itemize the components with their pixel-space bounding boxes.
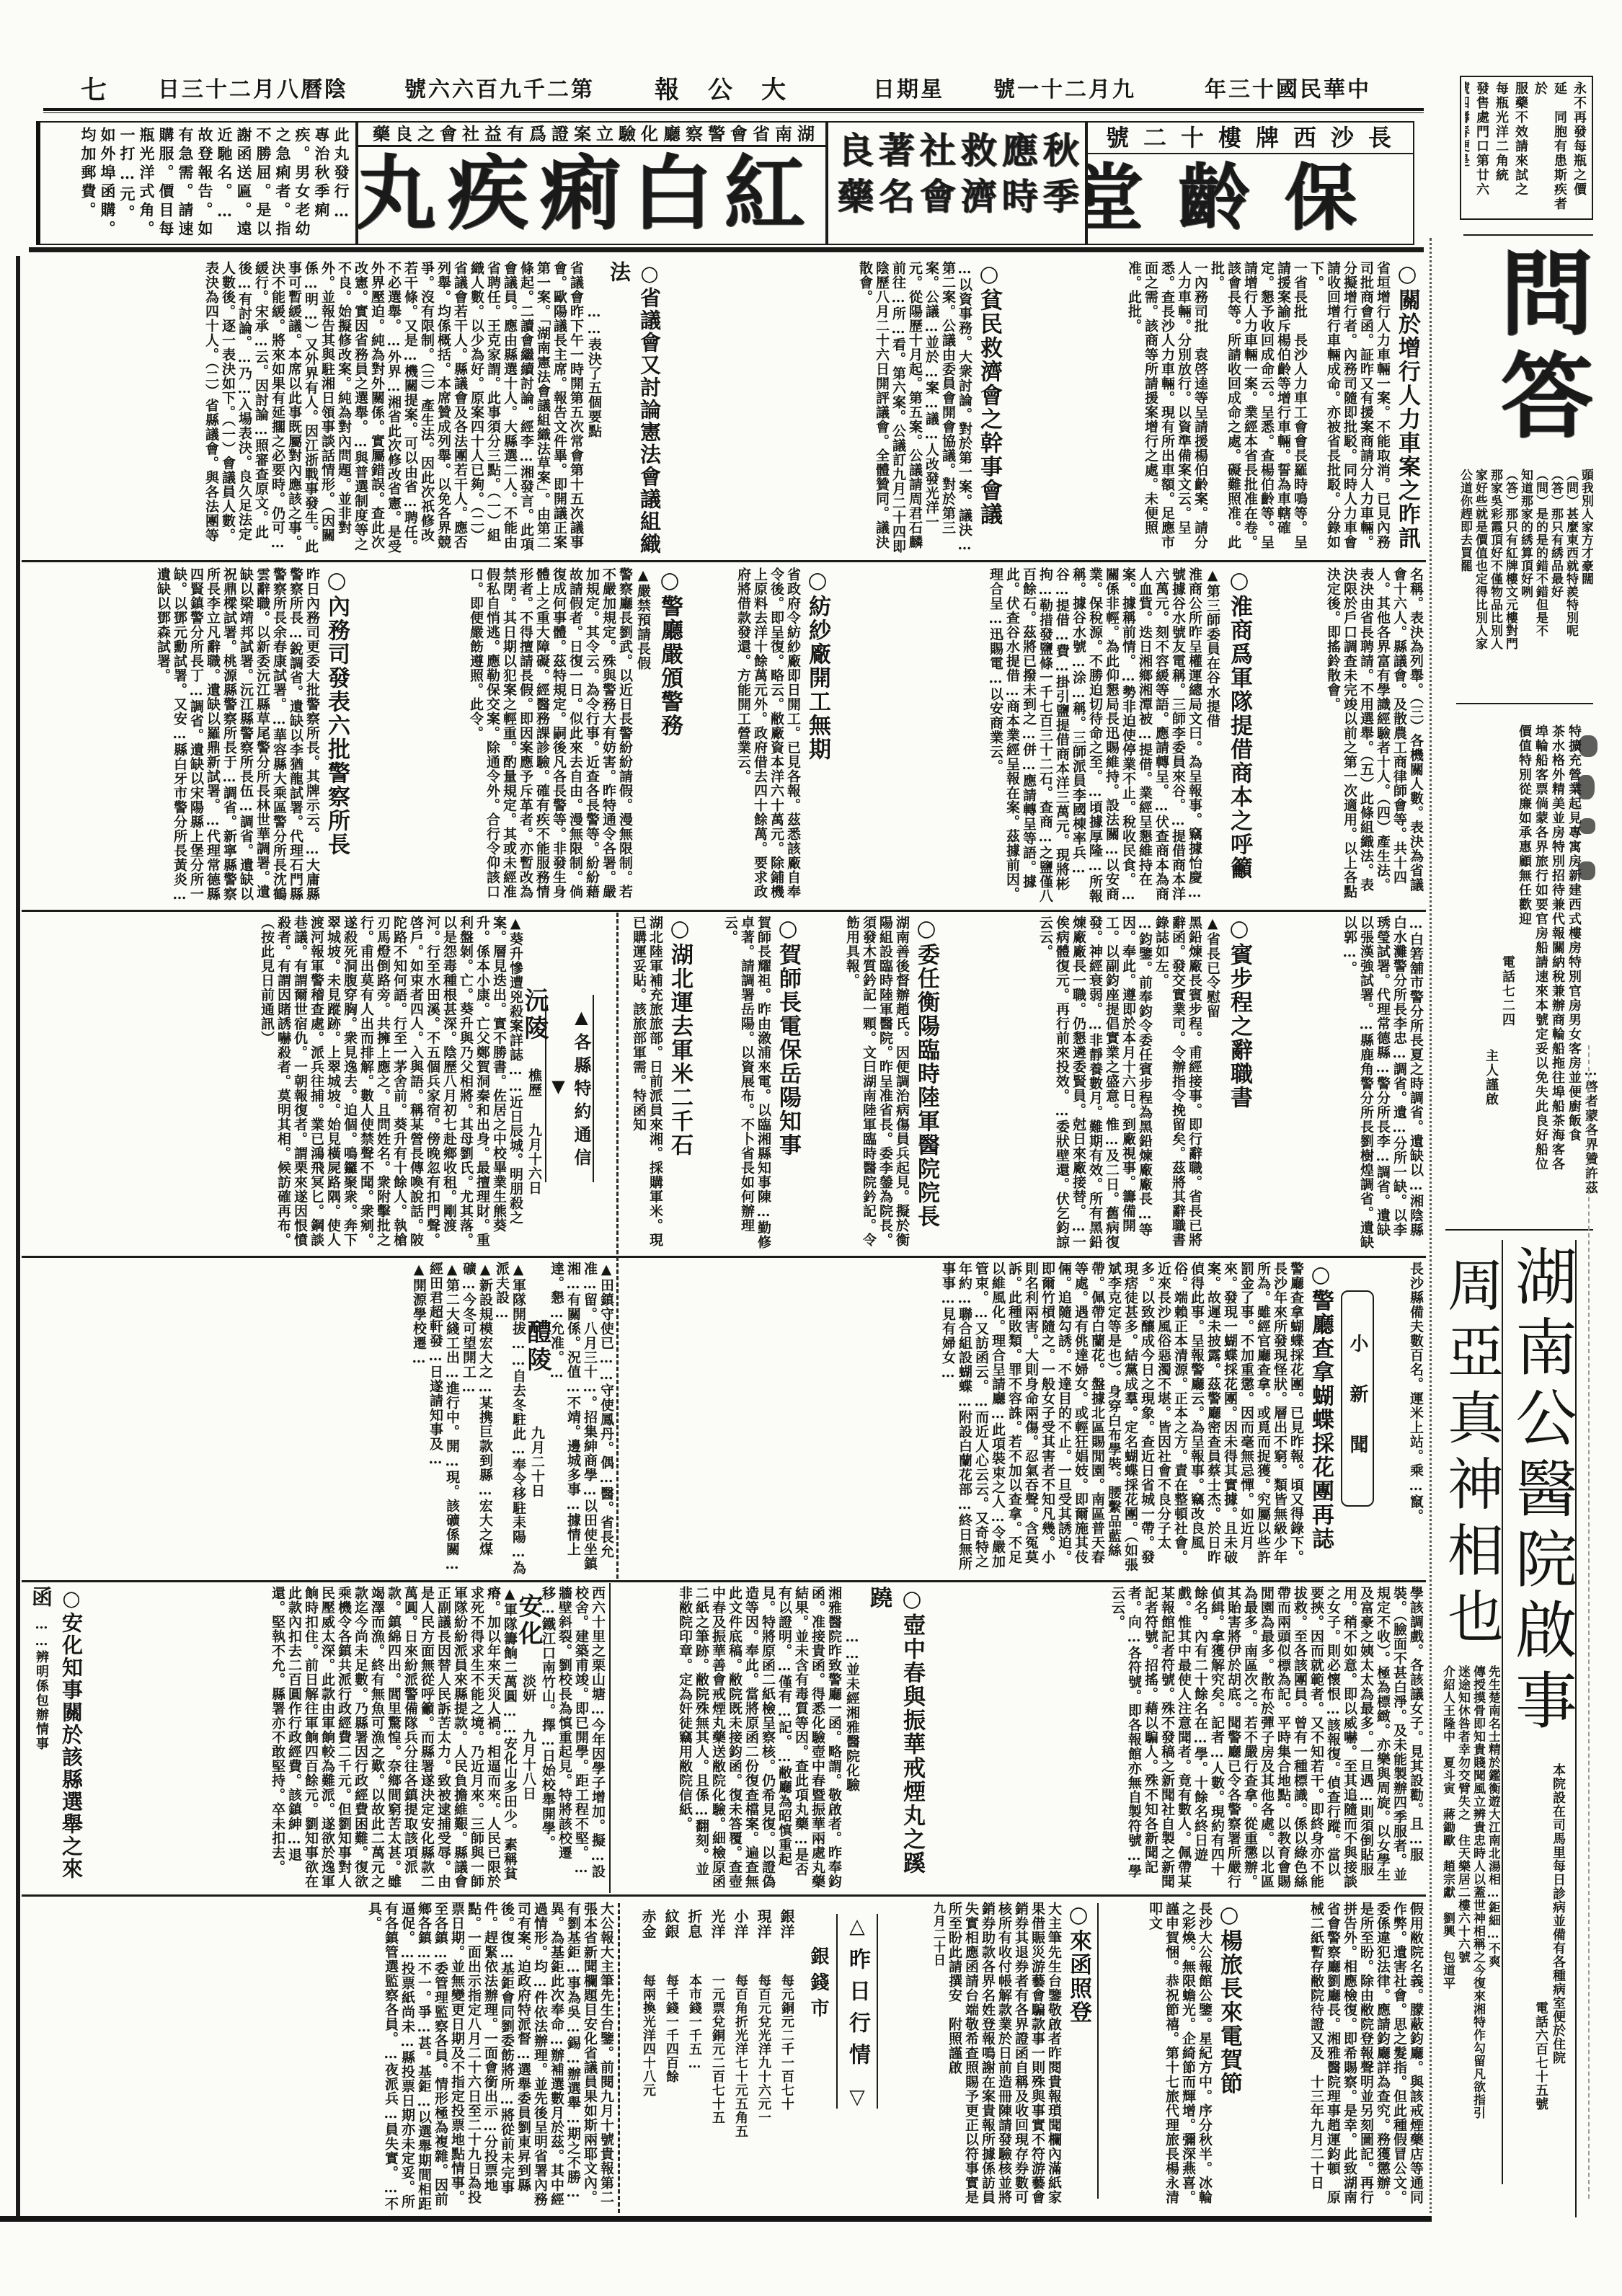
dateline-liling: 醴陵九月二十日 (526, 1262, 548, 1575)
headline: ○淮商爲軍隊提借商本之呼籲 (1223, 567, 1256, 905)
market-row: 折息本市錢一千五… (683, 1909, 706, 2213)
masthead-issue-number: 第二千九百六六號 (404, 76, 595, 104)
dysentery-pill-title: 紅白痢疾丸 (358, 147, 825, 241)
county-dispatches-yuanling: ▲各縣特約通信▼ 沅陵樵歷九月十六日 ▲葵升慘遭兇殺案詳誌……近日辰城。明朋殺之… (23, 916, 614, 1251)
page-bottom-rule (0, 2216, 1432, 2222)
sidebar-rule (1445, 1229, 1593, 1231)
county-dispatches-yuanling-liling: ▲田鎮守使已……守使鳳丹。偶…醫。省長允准…留。八月三十…。招集紳商學…以田使坐… (23, 1262, 614, 1575)
paragraph: 賀師長耀祖。昨由漵浦來電。以臨湘縣知事陳…勤修卓著。請調署岳陽。以資展布。不卜省… (722, 916, 771, 1251)
subheadline: ……表決了五個要點 (584, 261, 604, 555)
headline: ○湖北運去軍米二千石 (663, 916, 696, 1251)
hotel-ad-line: 價值特別從廉如承惠顧無任歡迎 (1516, 724, 1533, 1222)
headline: ○賀師長電保岳陽知事 (771, 916, 805, 1251)
subheadline: ……並未經湘雅醫院化驗 (842, 1586, 862, 1890)
qa-line: 公道你趕即去買罷 (1457, 469, 1472, 692)
sidebar-rule (1463, 234, 1593, 236)
article-hengyang-hospital: ○委任衡陽臨時陸軍醫院院長 湖南善後督辦趙氏。因便調治病傷員兵起見。擬於衡陽組設… (806, 916, 943, 1251)
dispatch-item: ▲第二大綫工出…進行中。開…現。該礦係關…經田君超軒發…日遂請知事及… (427, 1262, 460, 1575)
article-provincial-assembly: ○省議會又討論憲法會議組織法 ……表決了五個要點 省議會昨下午一時開第五次常會第… (23, 261, 665, 555)
paragraph: …鈞鑒。前奉鈞令委任賓步程為黑鉛煉廠廠長…等因。奉此。遵即於本月十六日。到廠視事… (1037, 916, 1153, 1251)
hospital-notice-body: 本院設在司馬里每日診病並備有各種病室便於住院 (1549, 1763, 1566, 2131)
hospital-notice-text: 本院設在司馬里每日診病並備有各種病室便於住院 電話六百七十五號 (1509, 1763, 1566, 2131)
dateline-author: 樵歷 (526, 1068, 542, 1097)
article-huai-merchants: ○淮商爲軍隊提借商本之呼籲 ▲第三師委員在谷水提借 淮商公所昨呈權運總局文曰。為… (836, 567, 1256, 905)
band-rule-a (22, 560, 1426, 562)
fortune-teller-text: 先生楚南名士精於鑑衡遊大江南北湯相…鉅細…不爽 傳授摸骨即知貴賤聞風立辨貴忠時人… (1438, 1665, 1500, 2184)
hospital-and-fortune-ad: 湖南公醫院啟事 本院設在司馬里每日診病並備有各種病室便於住院 電話六百七十五號 … (1438, 1240, 1577, 2217)
fortune-teller-line: 傳授摸骨即知貴賤聞風立辨貴忠時人以蓋世神相稱之今復來湘特作勾留凡欲指引 (1470, 1665, 1485, 2184)
qa-line: （問）甚麼東西就特羨特別呢 (1563, 469, 1578, 692)
paragraph: 淮商公所昨呈權運總局文曰。為呈報事。竊據怡慶…號據谷水號友電稱。三師李委員來谷。… (987, 567, 1202, 905)
paragraph: 警察廳長劉武。以近日長警紛紛請假。漫無限制。若不嚴加規定。殊與警務大有妨害。昨特… (467, 567, 633, 905)
paragraph: 長沙縣備夫數百名。運米上站。乘…竄。 (1407, 1262, 1424, 1575)
wavy-column-rule-e2 (618, 1903, 620, 2213)
market-label: 赤金 (639, 1909, 657, 1939)
baoling-tang-name: 保齡堂 (1088, 154, 1413, 241)
dispatch-item-title: ▲葵升慘遭兇殺案詳誌 (508, 916, 523, 1062)
article-provincial-assembly-continued: 名稱。表決為列舉。（三）各機關人數。表決為省議會十六人。縣議會。及散農工商律師會… (1258, 567, 1424, 905)
market-row: 紋銀每千錢一千四百餘 (660, 1909, 683, 2213)
paragraph: 省議會昨下午一時開第五次常會第十五次議事會。歐陽議長主席。報告文件畢。即開議正案… (203, 261, 584, 555)
seasonal-remedy-ad: 秋季應時救濟社會著名良藥 (827, 121, 1086, 245)
masthead-date: 九月二十一號 (988, 76, 1136, 104)
newspaper-page: 中華民國十三年 九月二十一號 星期日 大公報 第二千九百六六號 陰曆八月二十三日… (0, 0, 1622, 2296)
dispatch-item: ▲新設規模宏大之…某携巨款到縣…宏大之煤礦…今冬可望開工… (460, 1262, 493, 1575)
dateline-author: 淡妍 (520, 1674, 536, 1703)
county-dispatches-label-box: ▲各縣特約通信▼ (545, 995, 594, 1182)
qa-text: 頭我別人家方才豪闊 （問）甚麼東西就特羨特別呢 （答）那只有綉品最好 （問）是的… (1456, 469, 1593, 692)
paragraph: 湘雅醫院昨致警廳一函。略謂。敬啟者。昨奉鈞函。准接貴函。得悉化驗壺中春暨振華兩處… (676, 1586, 842, 1890)
qa-line: （問）是的是的錯不錯但是不 (1533, 469, 1548, 692)
headline: ○賓步程之辭職書 (1223, 916, 1256, 1251)
dispatch-item: 西六十里之栗山塘…今年因學子增加。擬…設校舍。建築甫竣。即已開學。距工程不堅。…… (539, 1586, 606, 1890)
market-box: △ 昨日行情 ▽ (836, 1914, 878, 2109)
pill-notice-text: 此丸發行…專治秋季痢疾。男女老幼之急痢者。指不勝屈。是以謝函送匾。遠近馳名。…故… (43, 127, 351, 241)
fortune-teller-line: 介紹人王隆中 夏斗寅 蔣鋤歐 趙宗獻 劉興 包道平 (1440, 1665, 1455, 2184)
market-value: 每元銅元二千一百七十 (779, 1974, 794, 2111)
fortune-teller-line: 先生楚南名士精於鑑衡遊大江南北湯相…鉅細…不爽 (1485, 1665, 1500, 2184)
cure-notice-text: 永不再發每瓶之價 延 同胞有患斯疾者於 服藥不效請來試之 每瓶光洋二角統 發售處… (1465, 81, 1589, 216)
market-box-label: 昨日行情 (841, 1948, 873, 2075)
hotel-ad-line: 特擴充營業起見專寓房新建西式樓房特別官房男女客房並便廚飯食 (1566, 724, 1582, 1222)
subheadline: ▲第三師委員在谷水提借 (1202, 567, 1223, 905)
column-rule-e1 (609, 1583, 611, 1893)
qa-line: （答）那只有紅牌樓文元樓對門 (1502, 469, 1517, 692)
dateline-date: 九月十六日 (526, 1123, 542, 1195)
market-label: 銀洋 (778, 1909, 795, 1939)
paragraph: 一省長批 長沙人力車工會會長羅時鳴等。呈請援案諭斥楊伯齡等增行車輛。誓為車轄確定… (1208, 261, 1308, 555)
baoling-tang-ad: 長沙西牌樓十二號 保齡堂 (1086, 121, 1414, 245)
hotel-ad-signature: 主人謹啟 (1476, 724, 1499, 1222)
qa-line: 知道那家的綉算頂好咧 (1517, 469, 1533, 692)
page-edge-mark (1588, 1045, 1590, 2199)
article-opium-pills: ○壺中春與振華戒煙丸之蹊蹺 ……並未經湘雅醫院化驗 湘雅醫院昨致警廳一函。略謂。… (613, 1586, 929, 1890)
headline: ○安化知事關於該縣選舉之來函……辨明係包辦情事 (26, 1586, 87, 1890)
market-value: 一元票兌銅元二百七十五 (710, 1974, 725, 2124)
article-anhua-magistrate-body: 大公報大主筆先生台鑒。前閱九月十號貴報第二張本省新聞欄題目安化省議員果如斯兩耶文… (23, 1902, 614, 2213)
article-rickshaw: ○關於增行人力車案之昨訊 省垣增行人力車輛一案。不能取消。已見內務司批商會函。証… (1009, 261, 1424, 555)
headline: ○委任衡陽臨時陸軍醫院院長 (910, 916, 943, 1251)
article-police-chiefs-continued: …白箬舖市警分所長夏之時調省。遺缺以…湘陰縣白水灘警分所長李忠…調省。遺…分所一… (1258, 916, 1424, 1251)
paragraph: 名稱。表決為列舉。（三）各機關人數。表決為省議會十六人。縣議會。及散農工商律師會… (1324, 567, 1424, 905)
small-news-box: 小新聞 (1341, 1290, 1374, 1507)
masthead-page-number: 七 (81, 76, 109, 104)
dispatch-item: ▲葵升慘遭兇殺案詳誌……近日辰城。明朋殺之案。層見迭出。實不勝書。佐居之中校畢業… (258, 916, 523, 1251)
paragraph: 湖北陸軍補充旅旅部。日前派員來湘。採購軍米。現已購運妥貼。該旅部軍需。特函知 (630, 916, 663, 1251)
county-dispatches-anhua: 西六十里之栗山塘…今年因學子增加。擬…設校舍。建築甫竣。即已開學。距工程不堅。…… (88, 1586, 606, 1890)
dateline-place: 沅陵 (520, 988, 549, 1042)
article-hubei-rice-continued: 長沙縣備夫數百名。運米上站。乘…竄。 (1378, 1262, 1424, 1575)
left-page-border (16, 256, 20, 2218)
masthead-weekday: 星期日 (869, 76, 944, 104)
dispatch-item-title: ▲軍隊籌餉二萬圓 (502, 1586, 518, 1703)
dateline-anhua: 安化淡妍九月十八日 (518, 1586, 539, 1890)
triangle-down-outline-icon: ▽ (849, 2085, 865, 2109)
market-table: 銀洋每元銅元二千一百七十 現洋每百元兌光洋九十六元一 小洋每百角折光洋七十元五角… (621, 1909, 798, 2213)
hotel-ad-line: 埠輪船客票倘蒙各界旅行如要官房船請速來本號定妥以免失此良好船位 (1533, 724, 1549, 1222)
market-label: 現洋 (755, 1909, 772, 1939)
article-he-telegram: ○賀師長電保岳陽知事 賀師長耀祖。昨由漵浦來電。以臨湘縣知事陳…勤修卓著。請調署… (698, 916, 805, 1251)
cure-notice-line: 發售處門口第廿六 (1472, 81, 1492, 216)
subheadline: ……辨明係包辦情事 (34, 1608, 49, 1751)
article-butterfly-gang-continued: 學該調戲。各該議女子。見其設勸。且…服裝。（臉面不甚白淨。及未能製辦四季服者。並… (930, 1586, 1424, 1890)
masthead-lunar-date: 陰曆八月二十三日 (157, 76, 348, 104)
paragraph: 長沙大公報館公鑒。星紀方中。序分秋半。冰輪之彩煥。無限蟾光。企綺節而輝增。彌深燕… (1146, 1902, 1213, 2213)
paragraph: 大主筆先生台鑒敬啟者昨閱貴報瑣聞欄內滿紙家果借賑災游藝會騙款事一則殊與事實不符游… (946, 1902, 1062, 2213)
paragraph: 大公報大主筆先生台鑒。前閱九月十號貴報第二張本省新聞欄題目安化省議員果如斯兩耶文… (365, 1902, 614, 2213)
county-dispatches-label: 各縣特約通信 (571, 1033, 592, 1171)
masthead-rule (43, 108, 1424, 113)
dispatch-item: ▲開源學校遷… (410, 1262, 427, 1575)
sidebar-divider (1430, 238, 1432, 2219)
article-yang-telegram: ○楊旅長來電賀節 長沙大公報館公鑒。星紀方中。序分秋半。冰輪之彩煥。無限蟾光。企… (1102, 1902, 1246, 2213)
article-butterfly-gang: ○警廳查拿蝴蝶採花團再誌 警廳查拿蝴蝶採花團。已見昨報。頃又得錄下。長沙年來所發… (620, 1262, 1337, 1575)
paragraph: 昨日內務司更委大批警察所長。其牌示云。…大庸縣警察所長…銳調省。遺缺以李猶龍試署… (154, 567, 320, 905)
market-label: 光洋 (709, 1909, 726, 1939)
dispatch-item-title: ▲田鎮守使已… (598, 1262, 614, 1367)
market-value: 本市錢一千五… (687, 1974, 702, 2072)
headline: ○貧民救濟會之幹事會議 (972, 261, 1006, 555)
market-value: 每兩換光洋四十八元 (641, 1974, 656, 2097)
headline: ○楊旅長來電賀節 (1213, 1902, 1246, 2213)
article-hubei-rice: ○湖北運去軍米二千石 湖北陸軍補充旅旅部。日前派員來湘。採購軍米。現已購運妥貼。… (620, 916, 696, 1251)
hotel-ad-line: …啓者蒙各界贊許茲 (1582, 724, 1599, 1222)
dispatch-item-body: ……近日辰城。明朋殺之案。層見迭出。實不勝書。佐居之中校畢業生熊葵升。係本小康。… (259, 916, 523, 1247)
paragraph: 省垣增行人力車輛一案。不能取消。已見內務司批商會函。証昨又有援案商請分人力車輛。… (1308, 261, 1391, 555)
article-relief-society: ○貧民救濟會之幹事會議 …以資事務。大衆討論。對於第一案。議決…第二案。公議由委… (667, 261, 1006, 555)
article-police-chiefs: ○內務司發表六批警察所長 昨日內務司更委大批警察所長。其牌示云。…大庸縣警察所長… (23, 567, 353, 905)
market-row: 銀洋每元銅元二千一百七十 (775, 1909, 798, 2213)
headline: ○關於增行人力車案之昨訊 (1391, 261, 1424, 555)
band-rule-d (22, 1580, 1426, 1582)
article-letter: ○來函照登 大主筆先生台鑒敬啟者昨閱貴報瑣聞欄內滿紙家果借賑災游藝會騙款事一則殊… (883, 1902, 1095, 2213)
headline: ○內務司發表六批警察所長 (320, 567, 353, 905)
dispatch-item: ▲軍隊籌餉二萬圓……安化山多田少。素稱貧瘠。加以年來天災人禍。相逼而來。人民已限… (269, 1586, 518, 1890)
hotel-ad-phone: 電話七二四 (1499, 724, 1516, 1222)
article-opium-pills-continued: 假用敝院名義。朦蔽鈞廳。與該戒煙藥店等通同作弊。遺害社會。思之髮指。但此種假冒公… (1247, 1902, 1424, 2213)
paragraph: 黑鉛煉廠長賓步程。甫經接事。即行辭職。省長已將辭函。發交實業司。令辦指令挽留矣。… (1153, 916, 1202, 1251)
article-police-leave: ○警廳嚴頒警務 ▲嚴禁預請長假 警察廳長劉武。以近日長警紛紛請假。漫無限制。若不… (355, 567, 686, 905)
market-value: 每百角折光洋七十元五角五 (733, 1974, 748, 2138)
paragraph: 省政府令紡紗廠即日開工。已見各報。茲悉該廠自奉令後。即呈復。略云。敝廠資本洋六十… (735, 567, 801, 905)
market-row: 光洋一元票兌銅元二百七十五 (706, 1909, 729, 2213)
article-bin-bucheng: ○賓步程之辭職書 ▲省長已令慰留 黑鉛煉廠長賓步程。甫經接事。即行辭職。省長已將… (944, 916, 1256, 1251)
seasonal-remedy-text: 秋季應時救濟社會著名良藥 (834, 131, 1079, 232)
sidebar-rule (1456, 703, 1593, 704)
dispatch-item-body: ……安化山多田少。素稱貧瘠。加以年來天災人禍。相逼而來。人民已限於求死不得求生不… (270, 1586, 518, 1889)
market-label: 紋銀 (662, 1909, 680, 1939)
hotel-ad-line: 茶水格外精美並房特別招待兼代報關納稅兼辦商輪船拖往埠船茶海客各 (1549, 724, 1566, 1222)
hotel-ad-text: …啓者蒙各界贊許茲 特擴充營業起見專寓房新建西式樓房特別官房男女客房並便廚飯食 … (1455, 724, 1599, 1222)
dispatch-item: ▲田鎮守使已……守使鳳丹。偶…醫。省長允准…留。八月三十…。招集紳商學…以田使坐… (548, 1262, 614, 1575)
cure-notice-line: 服藥不效請來試之 (1511, 81, 1530, 216)
band-rule-e (22, 1894, 1426, 1897)
masthead-year: 中華民國十三年 (1205, 76, 1371, 104)
market-value: 每千錢一千四百餘 (664, 1974, 679, 2083)
paragraph: …以資事務。大衆討論。對於第一案。議決…第二案。公議由委員會開會協議。對於第三案… (856, 261, 972, 555)
article-cotton-mill: ○紡紗廠開工無期 省政府令紡紗廠即日開工。已見各報。茲悉該廠自奉令後。即呈復。略… (688, 567, 834, 905)
market-value: 每百元兌光洋九十六元一 (756, 1974, 771, 2124)
qa-line: 那家吳彩霞頂好不僅物品比別人 (1487, 469, 1502, 692)
dateline-place: 安化 (514, 1593, 543, 1648)
fortune-teller-line: 迷途知休咎者幸勿交臂失之 住天樂居二樓六十六號 (1455, 1665, 1470, 2184)
paragraph: 學該調戲。各該議女子。見其設勸。且…服裝。（臉面不甚白淨。及未能製辦四季服者。並… (1109, 1586, 1424, 1890)
market-label: 折息 (686, 1909, 703, 1939)
dysentery-pill-banner: 湖南省會警察廳化驗立案證爲有益社會之良藥 (358, 123, 825, 147)
market-row: 赤金每兩換光洋四十八元 (637, 1909, 660, 2213)
subheadline: ▲省長已令慰留 (1202, 916, 1223, 1251)
dateline-yuanling: 沅陵樵歷九月十六日 (523, 916, 545, 1251)
market-heading: 銀錢市 (802, 1946, 832, 2062)
dateline-date: 九月二十日 (529, 1426, 545, 1498)
hospital-notice-phone: 電話六百七十五號 (1532, 1763, 1549, 2131)
cure-notice-line: 延 同胞有患斯疾者於 (1530, 81, 1569, 216)
hotel-ad: …啓者蒙各界贊許茲 特擴充營業起見專寓房新建西式樓房特別官房男女客房並便廚飯食 … (1455, 724, 1599, 1222)
dysentery-pill-ad: 湖南省會警察廳化驗立案證爲有益社會之良藥 紅白痢疾丸 (357, 121, 827, 245)
baoling-tang-address: 長沙西牌樓十二號 (1088, 123, 1413, 154)
headline: ○警廳嚴頒警務 (653, 567, 686, 905)
cure-notice-line: 每瓶光洋二角統 (1492, 81, 1511, 216)
column-rule-e2 (1097, 1903, 1099, 2199)
paragraph: 警廳查拿蝴蝶採花團。已見昨報。頃又得錄下。長沙年來所發現怪狀。層出不窮。類皆無級… (939, 1262, 1304, 1575)
triangle-up-icon: ▲ (571, 1006, 592, 1033)
cure-notice-line: 永不再發每瓶之價 (1569, 81, 1589, 216)
headline: ○壺中春與振華戒煙丸之蹊蹺 (862, 1586, 929, 1890)
qa-line: （答）那只有綉品最好 (1548, 469, 1563, 692)
qa-title: 問答 (1486, 245, 1591, 461)
triangle-up-outline-icon: △ (849, 1914, 865, 1938)
ads-bottom-rule (29, 247, 1424, 252)
letter-date: 九月二十日 (929, 1902, 946, 2213)
cure-notice-ad: 永不再發每瓶之價 延 同胞有患斯疾者於 服藥不效請來試之 每瓶光洋二角統 發售處… (1460, 76, 1593, 220)
cure-notice-line: 號四壽春便是 (1465, 81, 1472, 216)
qa-line: 家好些就是價值也定得比別人家 (1472, 469, 1487, 692)
paragraph: 湖南善後督辦趙氏。因便調治病傷員兵起見。擬於衡陽組設臨時陸軍醫院。昨呈准省長。委… (843, 916, 910, 1251)
market-row: 現洋每百元兌光洋九十六元一 (752, 1909, 775, 2213)
market-row: 小洋每百角折光洋七十元五角五 (729, 1909, 752, 2213)
band-rule-c (22, 1256, 1426, 1258)
subheadline: ▲嚴禁預請長假 (633, 567, 653, 905)
paragraph: 假用敝院名義。朦蔽鈞廳。與該戒煙藥店等通同作弊。遺害社會。思之髮指。但此種假冒公… (1308, 1902, 1424, 2213)
market-label: 小洋 (732, 1909, 749, 1939)
dateline-date: 九月十八日 (520, 1729, 536, 1801)
band-rule-b (22, 910, 1426, 912)
dispatch-item: ▲軍隊開拔……自去冬駐此…奉令移駐耒陽…為派夫設… (493, 1262, 526, 1575)
hospital-notice-title: 湖南公醫院啟事 (1506, 1244, 1574, 1756)
pill-notice-ad: 此丸發行…專治秋季痢疾。男女老幼之急痢者。指不勝屈。是以謝函送匾。遠近馳名。…故… (36, 121, 357, 245)
headline: ○來函照登 (1062, 1902, 1095, 2213)
paragraph: …白箬舖市警分所長夏之時調省。遺缺以…湘陰縣白水灘警分所長李忠…調省。遺…分所一… (1341, 916, 1424, 1251)
wavy-column-rule-c (616, 913, 619, 1579)
paragraph: 一內務司批 袁啓逵等呈請援楊伯齡案。請分人力車輛。分別放行。以資準備案文云。呈悉… (1125, 261, 1208, 555)
masthead-paper-name: 大公報 (656, 76, 815, 104)
triangle-down-icon: ▼ (548, 1076, 569, 1102)
headline: ○紡紗廠開工無期 (801, 567, 834, 905)
fortune-teller-title: 周亞真神相也 (1441, 1256, 1500, 1667)
headline: ○省議會又討論憲法會議組織法 (604, 261, 665, 555)
article-anhua-magistrate-heading: ○安化知事關於該縣選舉之來函……辨明係包辦情事 (23, 1586, 87, 1890)
headline: ○警廳查拿蝴蝶採花團再誌 (1304, 1262, 1337, 1575)
qa-line: 頭我別人家方才豪闊 (1578, 469, 1593, 692)
dateline-place: 醴陵 (523, 1319, 551, 1374)
